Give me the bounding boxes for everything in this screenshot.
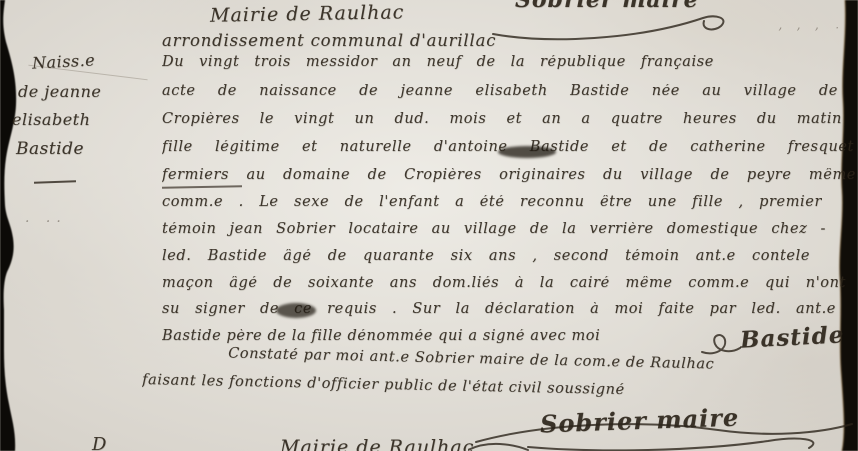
left-page-edge-shadow [0,0,24,451]
body-line: fermiers au domaine de Cropières origina… [162,168,856,190]
scanned-document-page: Sobrier maire ’ ’ ’ ˙ Mairie de Raulhac … [0,0,858,451]
body-line: comm.e . Le sexe de l'enfant a été recon… [162,195,822,217]
right-page-edge-shadow [834,0,858,451]
body-line: témoin jean Sobrier locataire au village… [162,222,826,244]
declarant-signature-flourish-icon [700,330,742,360]
body-line: Constaté par moi ant.e Sobrier maire de … [228,346,715,379]
declarant-signature: Bastide [739,321,845,353]
next-act-text-fragment: D [92,434,106,451]
ink-blot-correction [498,146,556,158]
ink-blot-smudge [276,303,316,318]
margin-separator-line [34,180,76,183]
margin-note-line: de jeanne [18,82,101,101]
body-line: led. Bastide âgé de quarante six ans , s… [162,249,810,271]
mayor-signature-flourish-icon [468,420,858,451]
margin-note-line: Bastide [16,139,84,159]
faint-dots: · ·· [25,214,67,230]
act-header-subtitle: arrondissement communal d'aurillac [162,31,496,50]
previous-act-signature-flourish-icon [488,6,738,46]
body-line: su signer de ce requis . Sur la déclarat… [162,302,836,324]
body-line: Du vingt trois messidor an neuf de la ré… [162,55,714,77]
ink-specks: ’ ’ ’ ˙ [778,26,844,41]
margin-note-line: elisabeth [12,110,90,129]
body-line: Cropières le vingt un dud. mois et an a … [162,112,842,134]
act-header-title: Mairie de Raulhac [210,1,405,26]
next-act-header-title: Mairie de Raulhac [280,436,474,451]
body-line: maçon âgé de soixante ans dom.liés à la … [162,276,846,298]
body-line: acte de naissance de jeanne elisabeth Ba… [162,84,838,106]
body-line: faisant les fonctions d'officier public … [142,373,625,405]
